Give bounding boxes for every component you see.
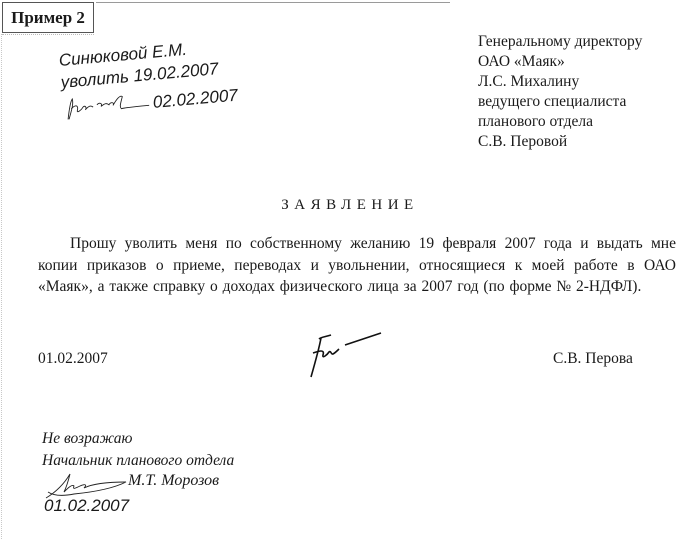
approval-text: Не возражаю	[42, 428, 234, 450]
approval-position: Начальник планового отдела	[42, 450, 234, 472]
approval-block: Не возражаю Начальник планового отдела	[42, 428, 234, 472]
application-body: Прошу уволить меня по собственному желан…	[38, 233, 676, 298]
addressee-block: Генеральному директору ОАО «Маяк» Л.С. М…	[478, 32, 642, 152]
applicant-name: С.В. Перова	[553, 350, 633, 368]
addressee-line: Л.С. Михалину	[478, 72, 642, 92]
addressee-line: ОАО «Маяк»	[478, 52, 642, 72]
document-title: ЗАЯВЛЕНИЕ	[0, 197, 700, 214]
page-left-border	[1, 34, 2, 539]
page-top-border	[96, 2, 450, 3]
applicant-signature-icon	[305, 331, 385, 386]
approval-date: 01.02.2007	[44, 496, 129, 516]
example-box-underline	[2, 34, 94, 35]
approval-name: М.Т. Морозов	[128, 472, 219, 490]
addressee-line: планового отдела	[478, 112, 642, 132]
application-date: 01.02.2007	[38, 350, 108, 368]
addressee-line: С.В. Перовой	[478, 132, 642, 152]
signature-icon	[62, 88, 152, 122]
resolution-date: 02.02.2007	[152, 85, 239, 114]
director-resolution: Синюковой Е.М. уволить 19.02.2007 02.02.…	[58, 35, 239, 122]
addressee-line: ведущего специалиста	[478, 92, 642, 112]
addressee-line: Генеральному директору	[478, 32, 642, 52]
example-label: Пример 2	[2, 2, 94, 33]
